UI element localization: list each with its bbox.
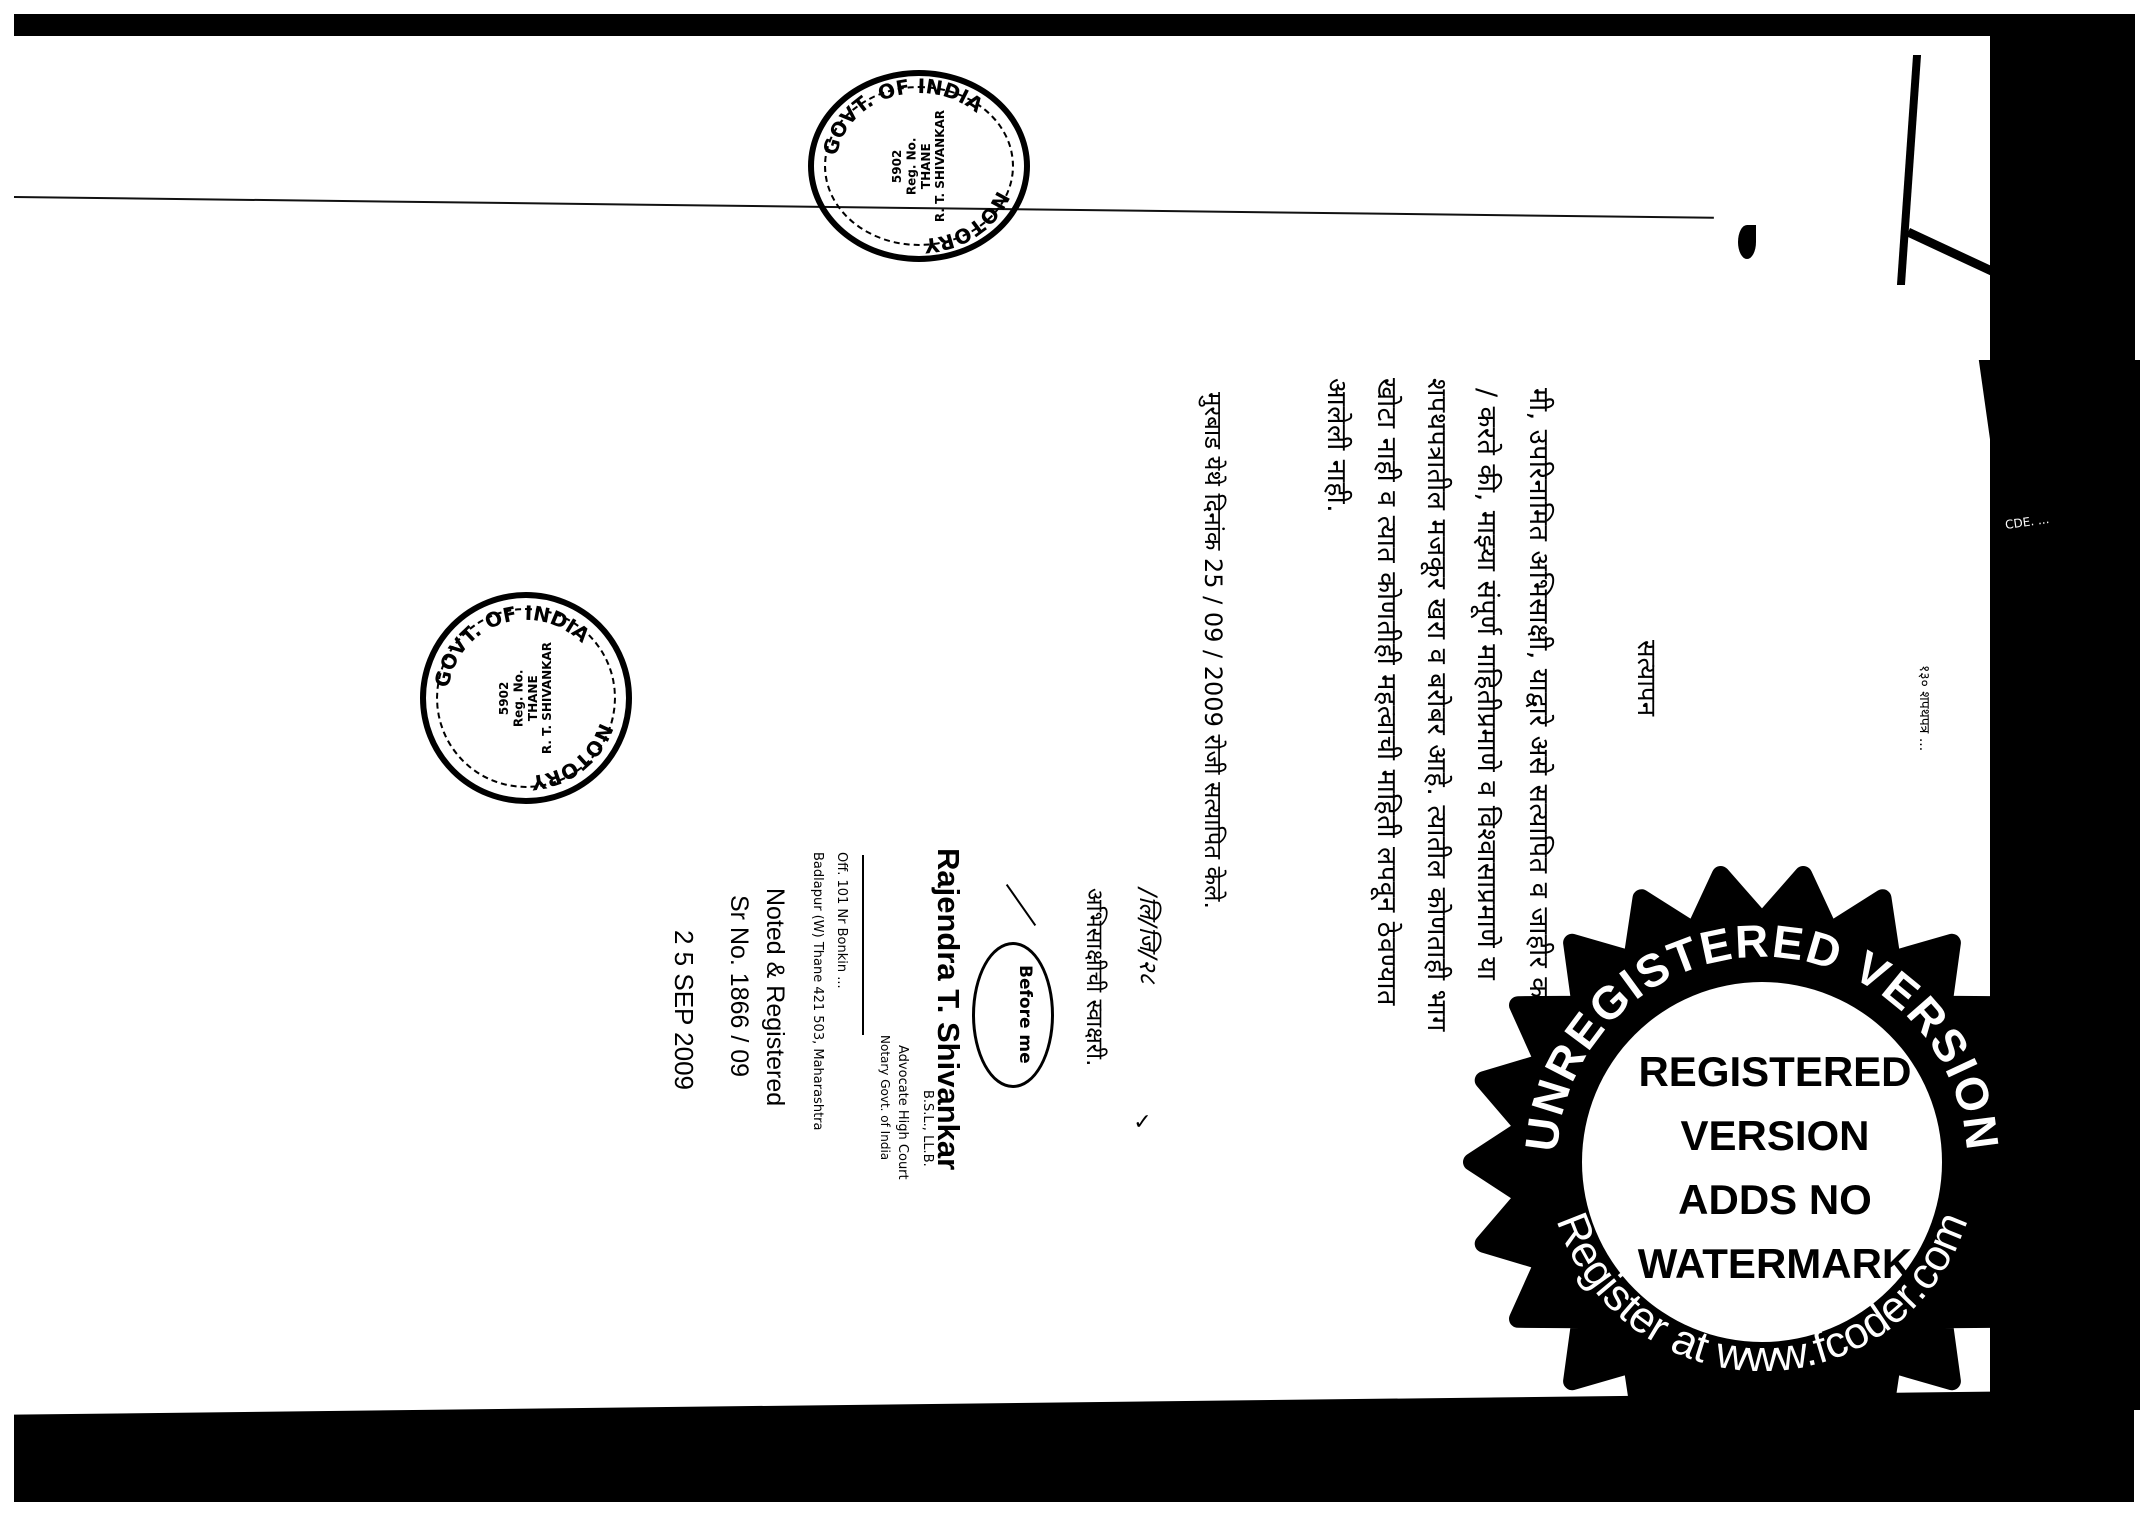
notary-seal: GOVT. OF INDIA NOTORY R. T. SHIVANKAR TH… xyxy=(420,592,632,804)
advocate-name: Rajendra T. Shivankar xyxy=(930,848,966,1170)
deponent-signature-label: अभिसाक्षीची स्वाक्षरी. xyxy=(1078,888,1110,1066)
notary-signature-oval xyxy=(972,942,1054,1088)
notary-seal-inner: R. T. SHIVANKAR THANE Reg. No. 5902 xyxy=(497,642,555,754)
paragraph-line: आलेली नाही. xyxy=(1318,378,1355,513)
deponent-signature: /लि/जि/२८ xyxy=(1132,888,1165,984)
verification-date-line: मुरबाड येथे दिनांक 25 / 09 / 2009 रोजी स… xyxy=(1197,392,1230,909)
serial-number: Sr No. 1866 / 09 xyxy=(724,895,753,1077)
before-me-label: Before me xyxy=(1015,965,1035,1064)
office-address-line: Badlapur (W) Thane 421 503, Maharashtra xyxy=(810,852,825,1130)
margin-note: १३० शपथपत्र ... xyxy=(1915,665,1934,751)
watermark-message: REGISTERED VERSION ADDS NO WATERMARK xyxy=(1605,1040,1945,1296)
paragraph-line: खोटा नाही व त्यात कोणतीही महत्वाची माहित… xyxy=(1368,378,1405,1006)
advocate-notary-title: Notary Govt. of India xyxy=(878,1035,892,1160)
noted-registered-label: Noted & Registered xyxy=(760,888,789,1106)
paper-fold-mark xyxy=(1738,225,1756,259)
stamp-divider xyxy=(862,855,864,1035)
paragraph-line: शपथपत्रातील मजकूर खरा व बरोबर आहे. त्यात… xyxy=(1418,378,1455,1032)
date-stamp: 2 5 SEP 2009 xyxy=(668,930,699,1090)
office-address-line: Off. 101 Nr Bonkin ... xyxy=(834,852,849,989)
notary-seal: GOVT. OF INDIA NOTORY R. T. SHIVANKAR TH… xyxy=(808,70,1030,262)
scan-border-top xyxy=(14,14,2134,36)
document-title: सत्यापन xyxy=(1628,640,1664,716)
advocate-qualification: B.S.L., LL.B. xyxy=(920,1090,935,1167)
pen-stroke xyxy=(1006,884,1036,926)
notary-seal-inner: R. T. SHIVANKAR THANE Reg. No. 5902 xyxy=(890,110,948,222)
advocate-court: Advocate High Court xyxy=(895,1045,910,1180)
tick-mark-icon: ✓ xyxy=(1130,1110,1155,1135)
